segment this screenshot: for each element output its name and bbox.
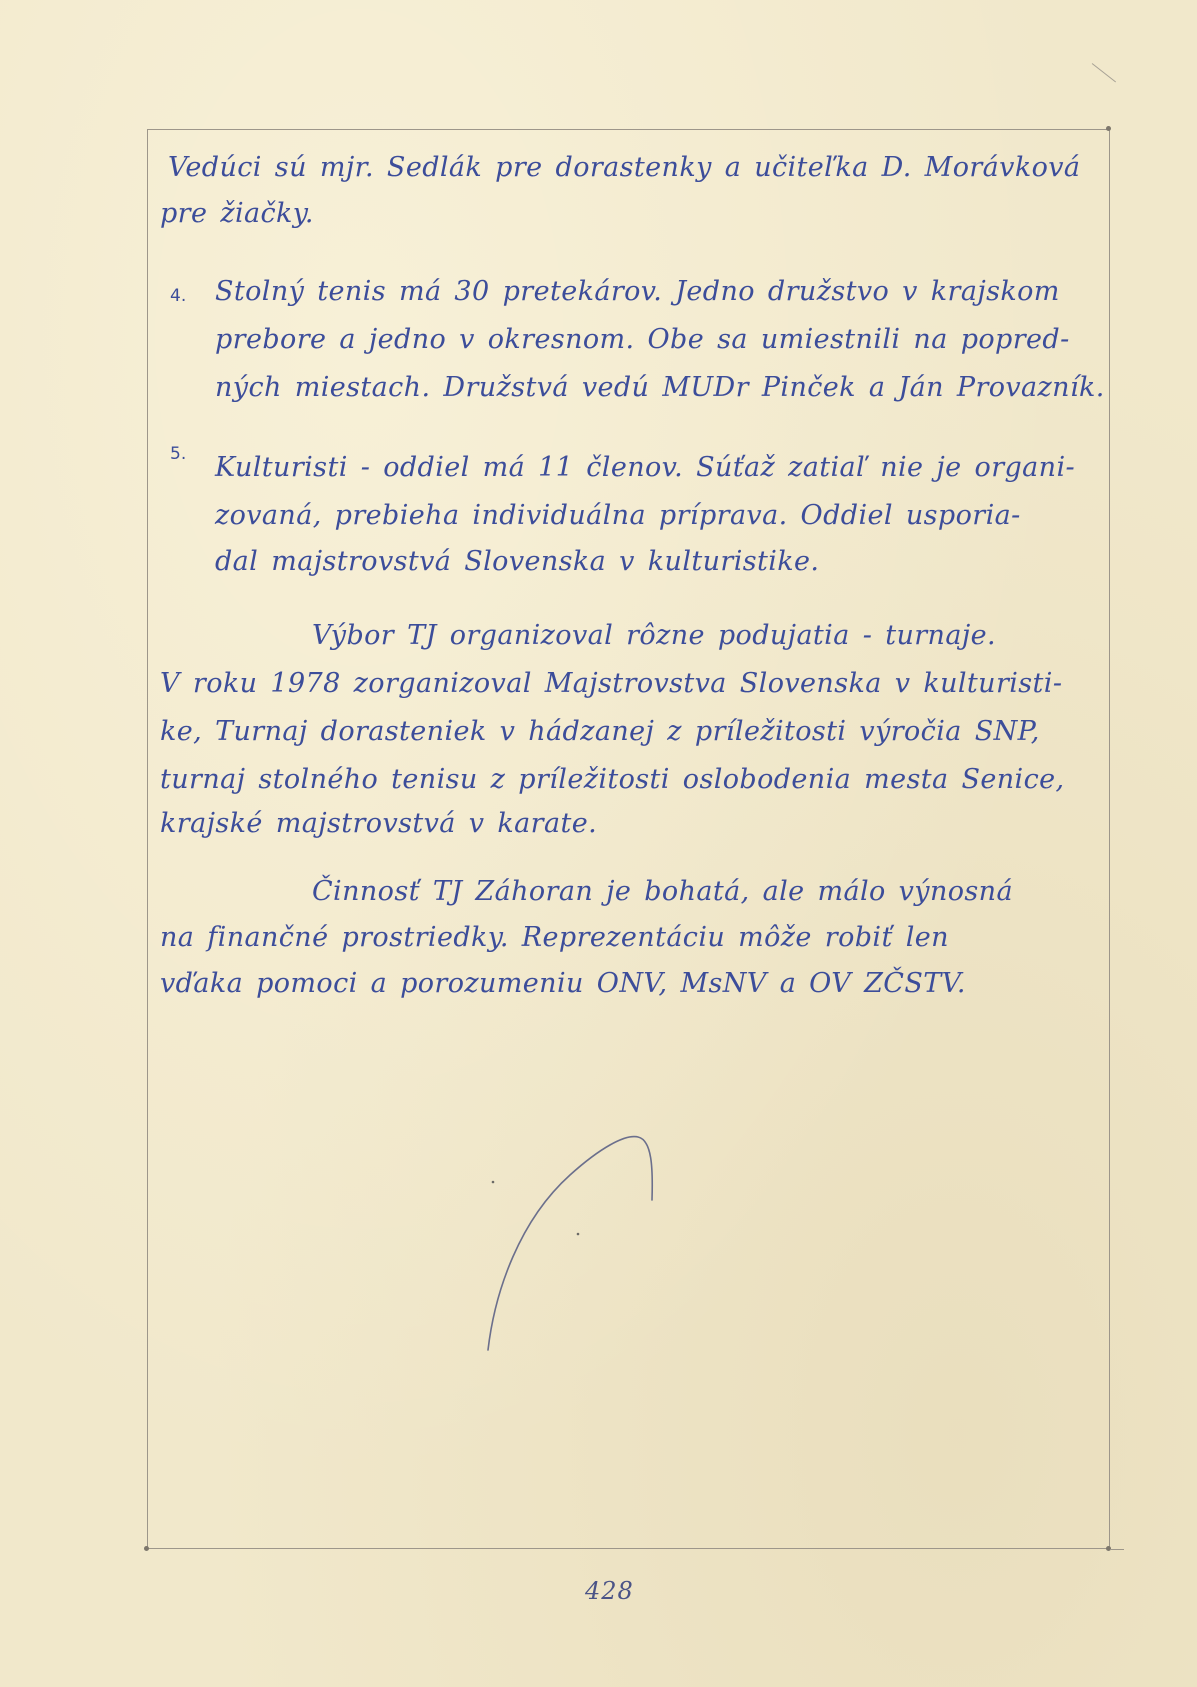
- text-line: V roku 1978 zorganizoval Majstrovstva Sl…: [160, 668, 1062, 699]
- text-line: Činnosť TJ Záhoran je bohatá, ale málo v…: [312, 876, 1013, 907]
- frame-corner-bottom-left: [144, 1546, 149, 1551]
- text-line: Kulturisti - oddiel má 11 členov. Súťaž …: [215, 452, 1075, 483]
- text-line: ke, Turnaj dorasteniek v hádzanej z príl…: [160, 716, 1040, 747]
- text-line: ných miestach. Družstvá vedú MUDr Pinček…: [215, 372, 1105, 403]
- text-line: Vedúci sú mjr. Sedlák pre dorastenky a u…: [168, 152, 1080, 183]
- item-number: 4.: [170, 286, 186, 306]
- text-line: krajské majstrovstvá v karate.: [160, 808, 597, 839]
- item-number: 5.: [170, 444, 186, 464]
- text-line: Výbor TJ organizoval rôzne podujatia - t…: [312, 620, 996, 651]
- frame-corner-tick: [1110, 1549, 1124, 1550]
- pen-stroke-signature-icon: [440, 1120, 680, 1380]
- text-line: prebore a jedno v okresnom. Obe sa umies…: [215, 324, 1070, 355]
- text-line: Stolný tenis má 30 pretekárov. Jedno dru…: [215, 276, 1060, 307]
- text-line: zovaná, prebieha individuálna príprava. …: [215, 500, 1021, 531]
- text-line: dal majstrovstvá Slovenska v kulturistik…: [215, 546, 819, 577]
- text-line: vďaka pomoci a porozumeniu ONV, MsNV a O…: [160, 968, 966, 999]
- text-line: pre žiačky.: [160, 198, 314, 229]
- text-line: turnaj stolného tenisu z príležitosti os…: [160, 764, 1064, 795]
- frame-corner-top-right: [1106, 126, 1111, 131]
- text-line: na finančné prostriedky. Reprezentáciu m…: [160, 922, 949, 953]
- page-number: 428: [585, 1577, 634, 1605]
